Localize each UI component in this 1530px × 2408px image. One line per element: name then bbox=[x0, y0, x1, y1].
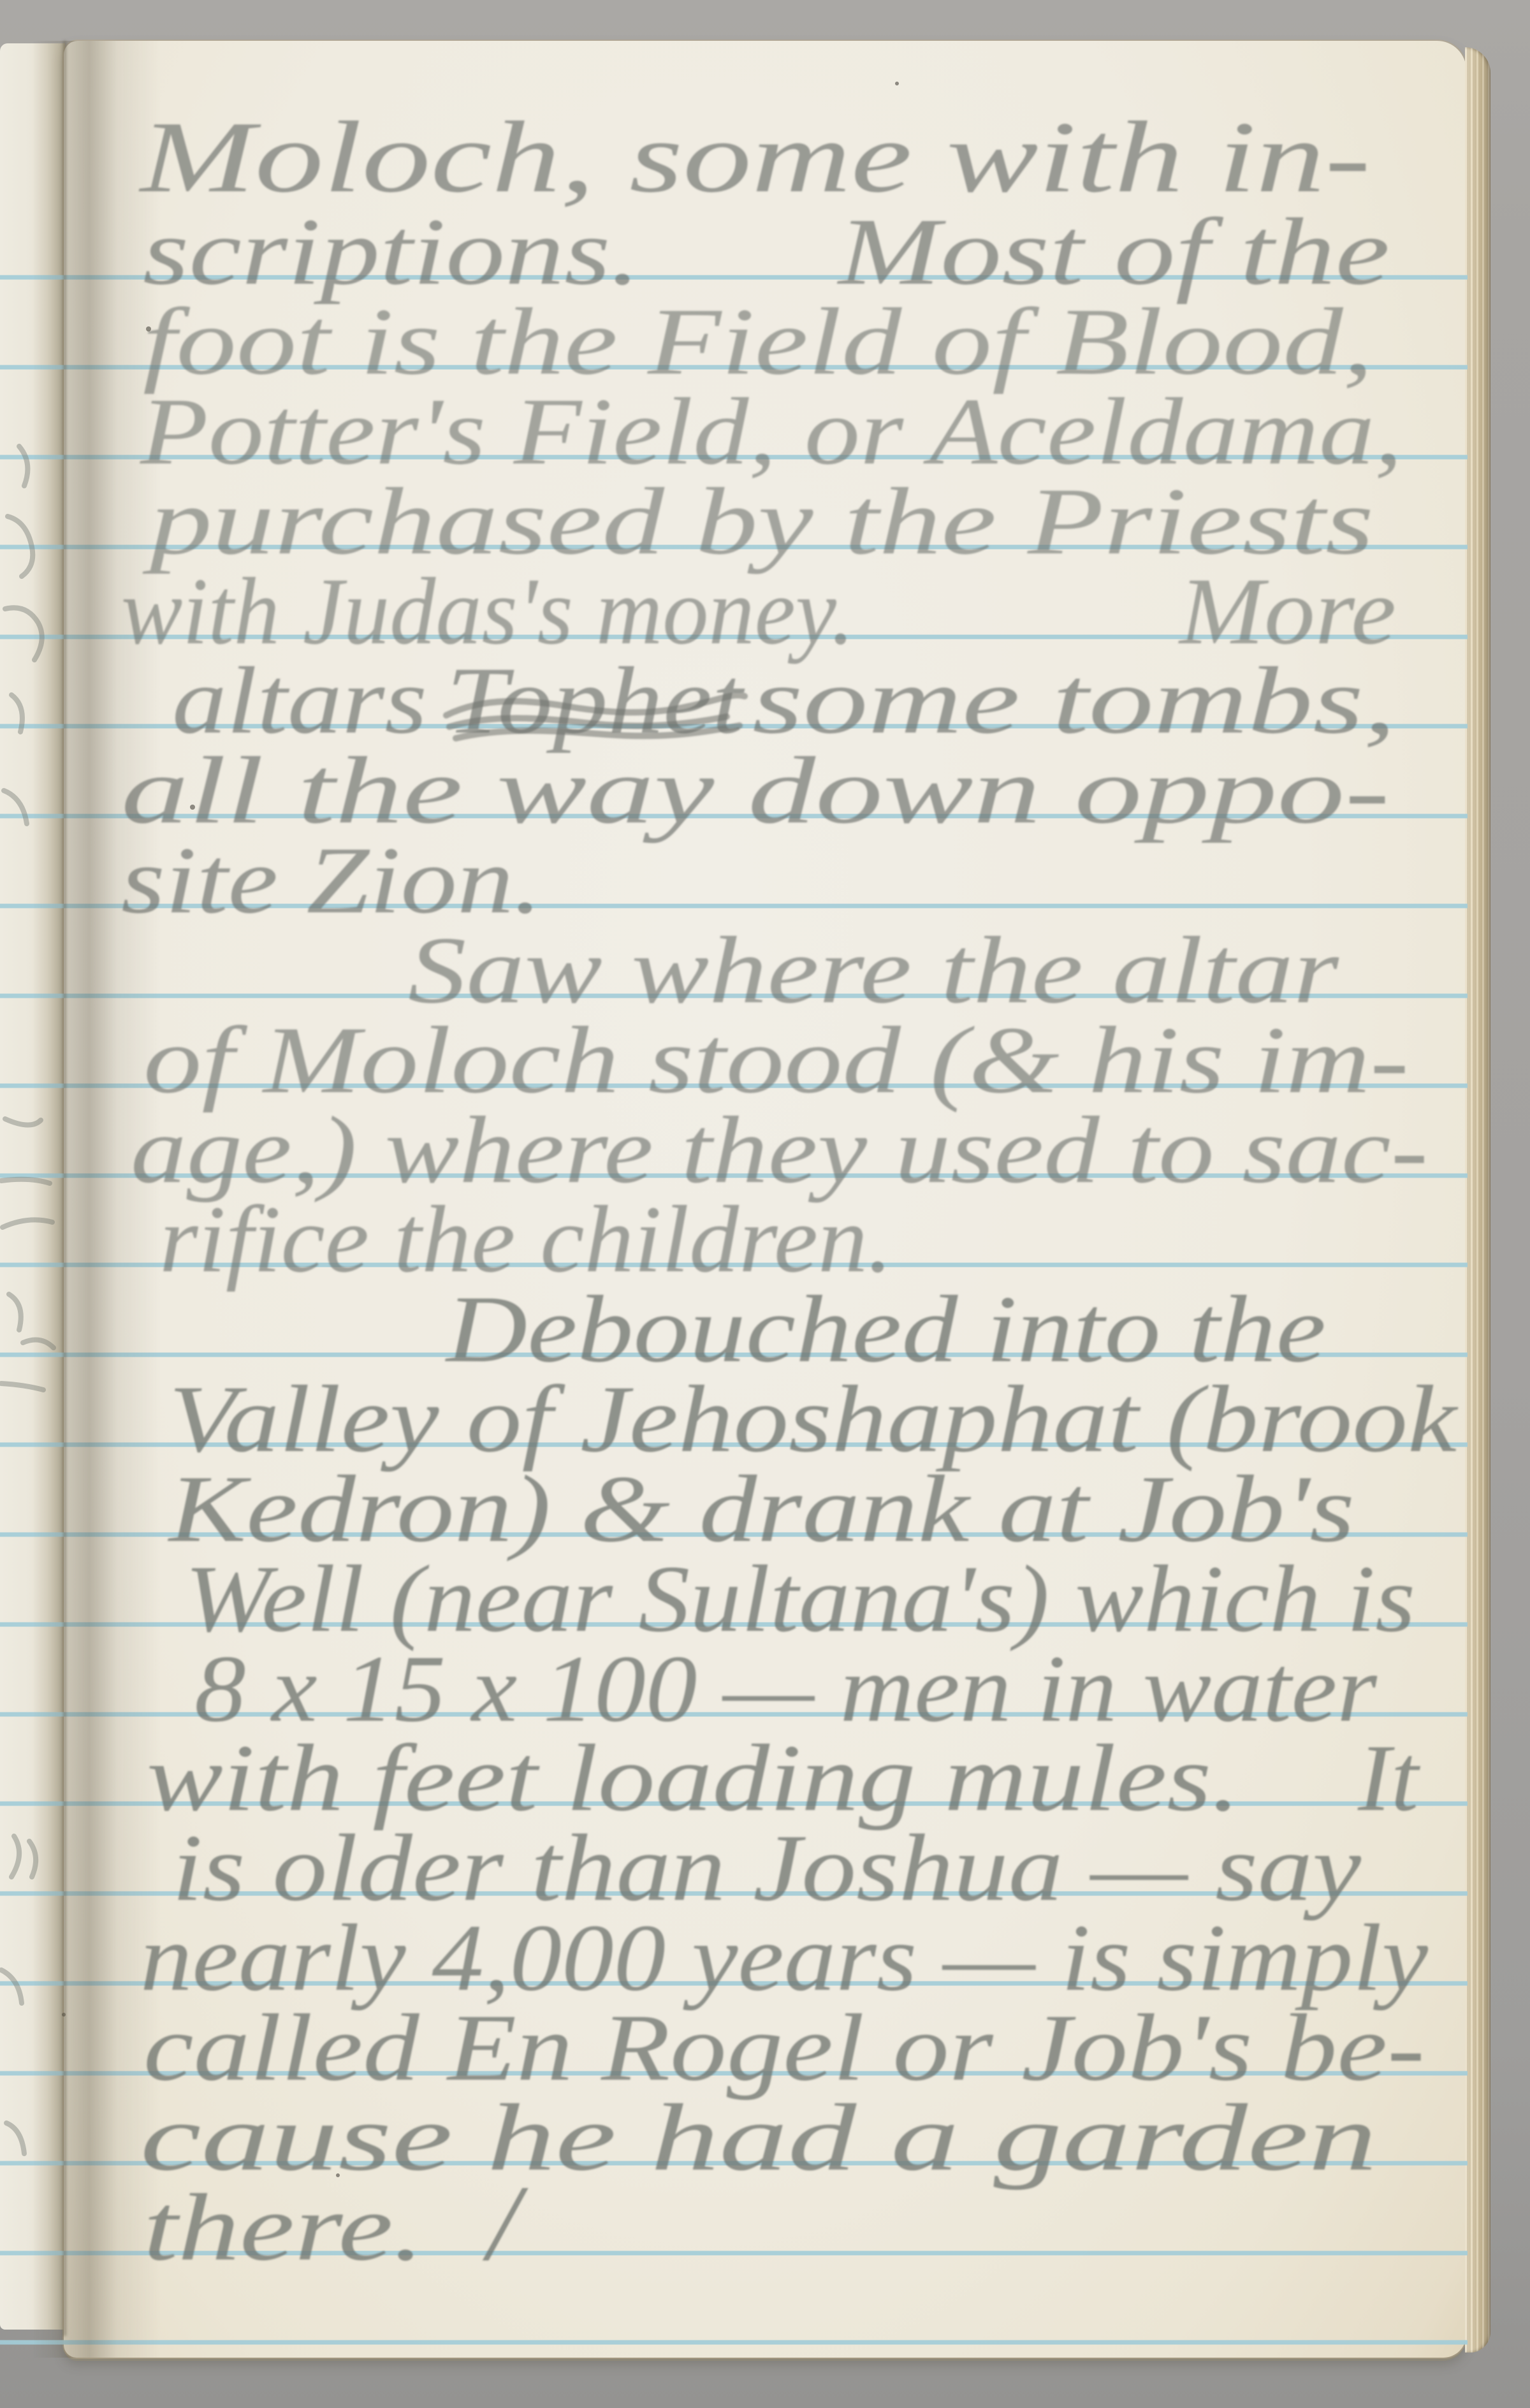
handwriting-line: It bbox=[1357, 1725, 1420, 1831]
handwriting-line: Moloch, some with in- bbox=[138, 100, 1371, 214]
handwriting-line: there. bbox=[143, 2175, 424, 2280]
handwriting: Moloch, some with in- scriptions. Most o… bbox=[121, 100, 1459, 2283]
facing-page-writing-fragments bbox=[1, 446, 54, 2154]
notebook-scan: Moloch, some with in- scriptions. Most o… bbox=[0, 0, 1530, 2408]
page-markings: Moloch, some with in- scriptions. Most o… bbox=[0, 0, 1530, 2408]
